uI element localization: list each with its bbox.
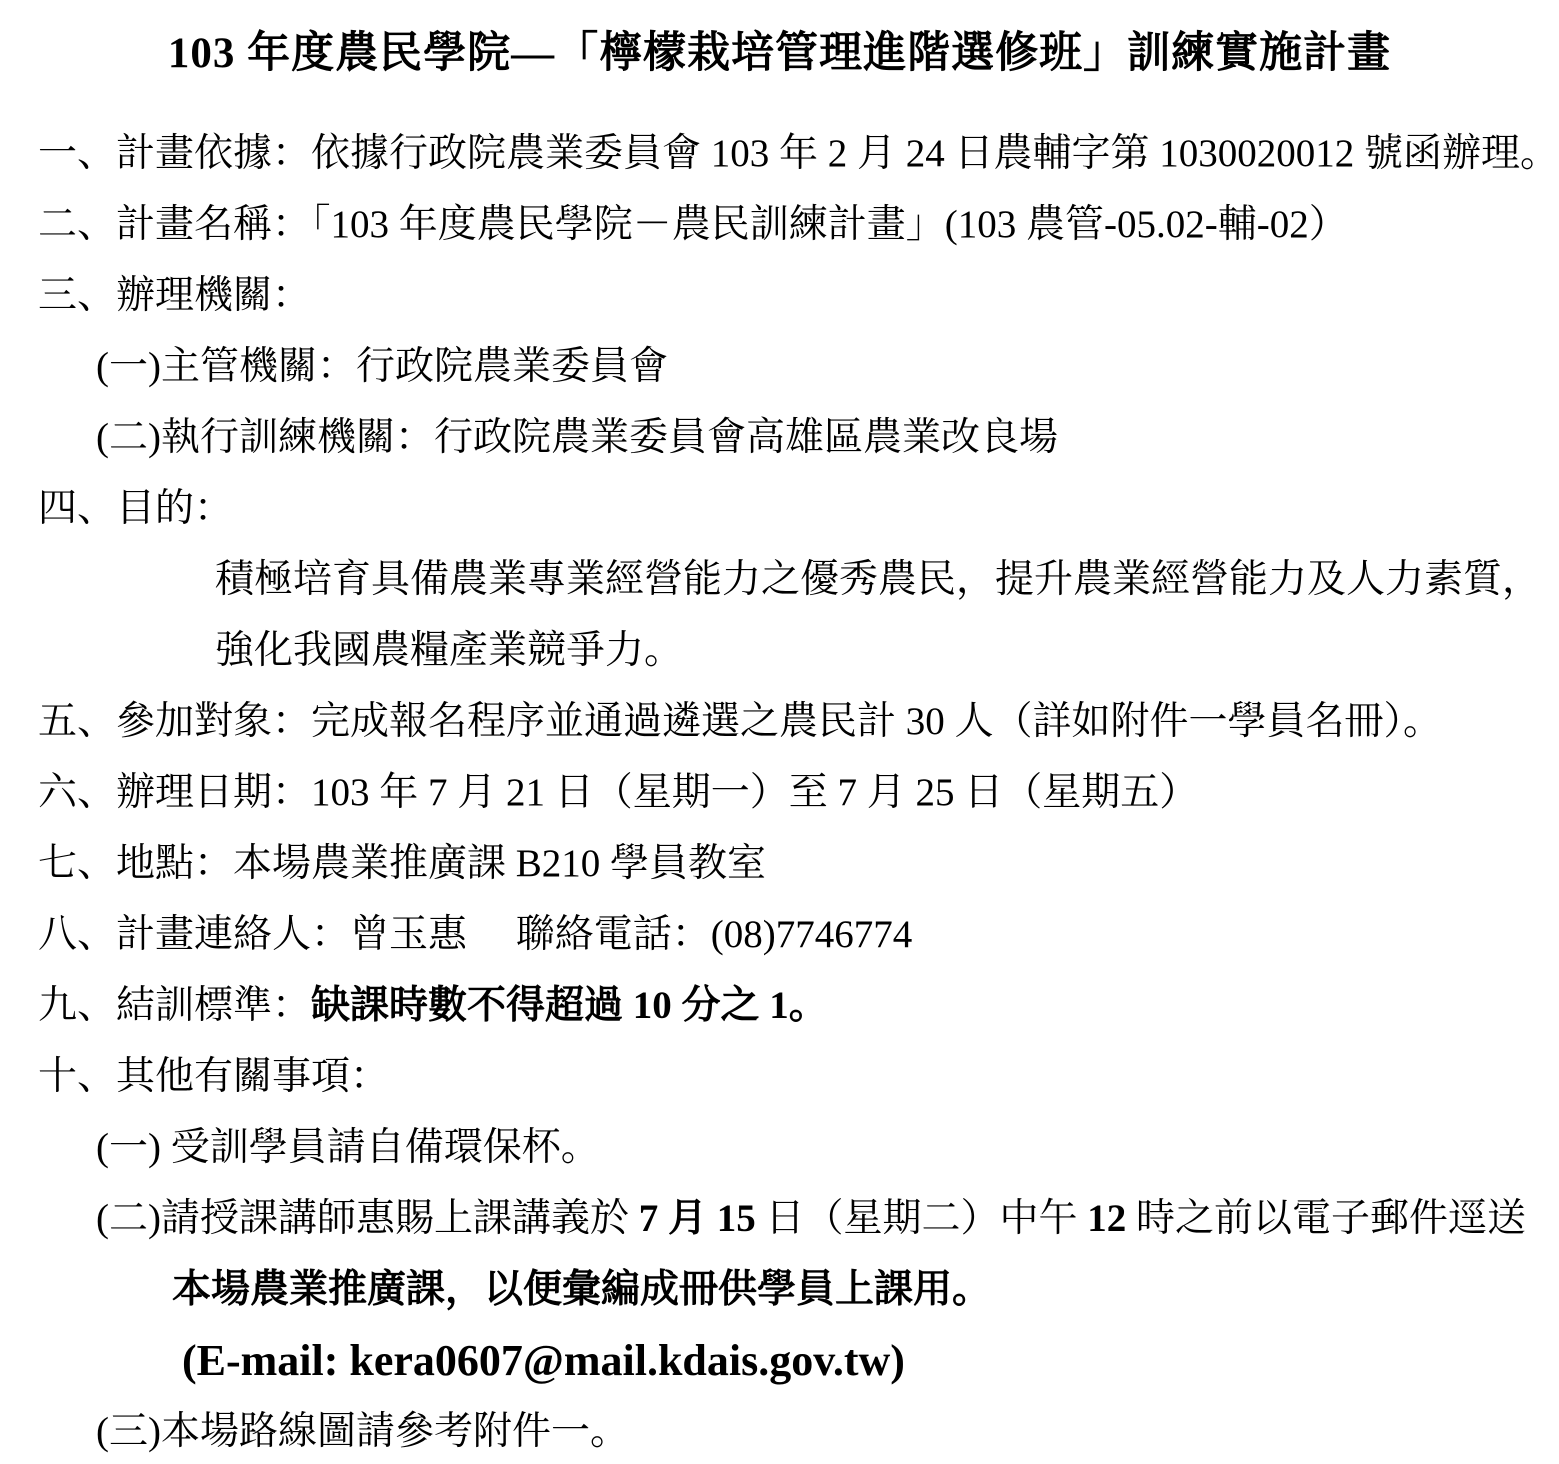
text-run: 一、計畫依據：依據行政院農業委員會 103 年 2 月 24 日農輔字第 103… <box>38 132 1559 175</box>
doc-line: 八、計畫連絡人：曾玉惠 聯絡電話：(08)7746774 <box>0 899 1559 970</box>
doc-line: 十、其他有關事項： <box>0 1041 1559 1112</box>
text-run: 二、計畫名稱：「103 年度農民學院－農民訓練計畫」(103 農管-05.02-… <box>38 203 1348 246</box>
text-run: 七、地點：本場農業推廣課 B210 學員教室 <box>38 842 766 885</box>
doc-line: 積極培育具備農業專業經營能力之優秀農民，提升農業經營能力及人力素質， <box>0 544 1559 615</box>
text-run: 八、計畫連絡人：曾玉惠 聯絡電話：(08)7746774 <box>38 913 912 956</box>
doc-line: 四、目的： <box>0 473 1559 544</box>
doc-line: 三、辦理機關： <box>0 260 1559 331</box>
text-run: 7 月 15 <box>639 1197 756 1240</box>
document-title: 103 年度農民學院—「檸檬栽培管理進階選修班」訓練實施計畫 <box>0 16 1559 92</box>
text-run: 積極培育具備農業專業經營能力之優秀農民，提升農業經營能力及人力素質， <box>215 558 1541 601</box>
doc-line: 六、辦理日期：103 年 7 月 21 日（星期一）至 7 月 25 日（星期五… <box>0 757 1559 828</box>
text-run: 日（星期二）中午 <box>756 1197 1088 1240</box>
doc-line: (E-mail: kera0607@mail.kdais.gov.tw) <box>0 1325 1559 1396</box>
text-run: 三、辦理機關： <box>38 274 311 317</box>
text-run: (二)請授課講師惠賜上課講義於 <box>96 1197 639 1240</box>
doc-line: (一) 受訓學員請自備環保杯。 <box>0 1112 1559 1183</box>
doc-line: 五、參加對象：完成報名程序並通過遴選之農民計 30 人（詳如附件一學員名冊）。 <box>0 686 1559 757</box>
doc-line: 一、計畫依據：依據行政院農業委員會 103 年 2 月 24 日農輔字第 103… <box>0 118 1559 189</box>
text-run: 五、參加對象：完成報名程序並通過遴選之農民計 30 人（詳如附件一學員名冊）。 <box>38 700 1442 743</box>
text-run: (E-mail: kera0607@mail.kdais.gov.tw) <box>182 1336 905 1385</box>
doc-line: 七、地點：本場農業推廣課 B210 學員教室 <box>0 828 1559 899</box>
text-run: 缺課時數不得超過 10 分之 1。 <box>311 984 828 1027</box>
text-run: 強化我國農糧產業競爭力。 <box>215 629 683 672</box>
text-run: 12 <box>1087 1197 1126 1240</box>
text-run: 九、結訓標準： <box>38 984 311 1027</box>
text-run: 本場農業推廣課，以便彙編成冊供學員上課用。 <box>172 1268 991 1311</box>
doc-line: (三)本場路線圖請參考附件一。 <box>0 1396 1559 1464</box>
doc-line: 九、結訓標準：缺課時數不得超過 10 分之 1。 <box>0 970 1559 1041</box>
doc-line: 本場農業推廣課，以便彙編成冊供學員上課用。 <box>0 1254 1559 1325</box>
doc-line: (二)請授課講師惠賜上課講義於 7 月 15 日（星期二）中午 12 時之前以電… <box>0 1183 1559 1254</box>
text-run: (一)主管機關：行政院農業委員會 <box>96 345 668 388</box>
text-run: 六、辦理日期：103 年 7 月 21 日（星期一）至 7 月 25 日（星期五… <box>38 771 1198 814</box>
text-run: (二)執行訓練機關：行政院農業委員會高雄區農業改良場 <box>96 416 1058 459</box>
document-body: 一、計畫依據：依據行政院農業委員會 103 年 2 月 24 日農輔字第 103… <box>0 118 1559 1464</box>
text-run: (一) 受訓學員請自備環保杯。 <box>96 1126 600 1169</box>
document-page: 103 年度農民學院—「檸檬栽培管理進階選修班」訓練實施計畫 一、計畫依據：依據… <box>0 0 1559 1464</box>
text-run: (三)本場路線圖請參考附件一。 <box>96 1410 629 1453</box>
text-run: 四、目的： <box>38 487 233 530</box>
doc-line: 二、計畫名稱：「103 年度農民學院－農民訓練計畫」(103 農管-05.02-… <box>0 189 1559 260</box>
doc-line: (一)主管機關：行政院農業委員會 <box>0 331 1559 402</box>
text-run: 時之前以電子郵件逕送 <box>1126 1197 1526 1240</box>
doc-line: 強化我國農糧產業競爭力。 <box>0 615 1559 686</box>
text-run: 十、其他有關事項： <box>38 1055 389 1098</box>
doc-line: (二)執行訓練機關：行政院農業委員會高雄區農業改良場 <box>0 402 1559 473</box>
